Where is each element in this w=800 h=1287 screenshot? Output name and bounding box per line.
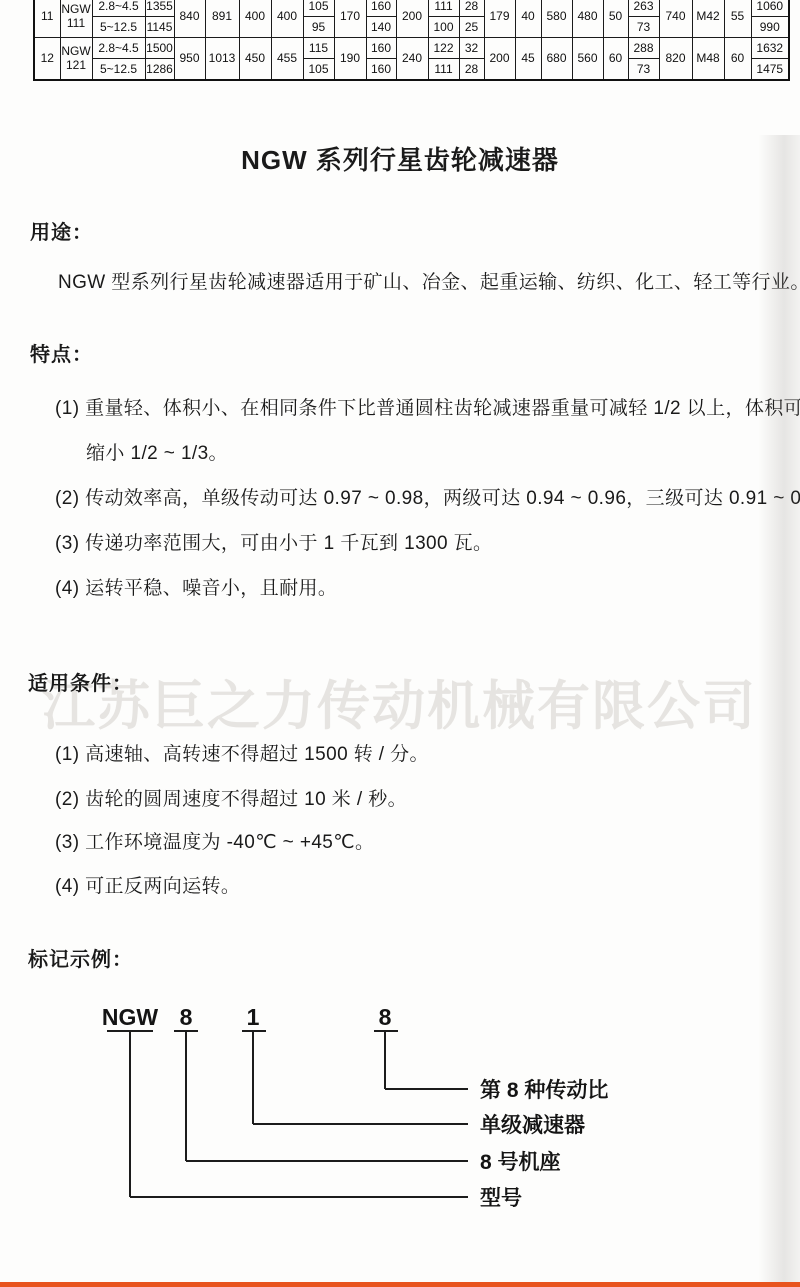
table-cell: 60: [603, 38, 628, 81]
table-cell: 12: [34, 38, 60, 81]
table-cell: 288: [628, 38, 659, 59]
table-cell: 1145: [145, 17, 174, 38]
page-title: NGW 系列行星齿轮减速器: [0, 140, 800, 177]
table-cell: 50: [603, 0, 628, 38]
table-cell: 840: [174, 0, 205, 38]
table-cell: 820: [659, 38, 692, 81]
table-cell: 1060: [751, 0, 789, 17]
feature-item: (4) 运转平稳、噪音小，且耐用。: [55, 573, 337, 600]
feature-item-continuation: 缩小 1/2 ~ 1/3。: [86, 438, 228, 465]
condition-item: (4) 可正反两向运转。: [55, 871, 240, 898]
bottom-accent-bar: [0, 1282, 800, 1287]
usage-text: NGW 型系列行星齿轮减速器适用于矿山、冶金、起重运输、纺织、化工、轻工等行业。: [58, 267, 800, 294]
table-cell: 990: [751, 17, 789, 38]
catalog-page: 11 NGW 111 2.8~4.5 1355 840 891 400 400 …: [0, 0, 800, 1287]
usage-heading: 用途：: [30, 216, 93, 245]
marking-diagram: NGW 8 1 8 第 8 种传动比 单级减速器 8 号机座 型号: [0, 995, 800, 1225]
table-cell: 2.8~4.5: [92, 0, 145, 17]
table-cell: 122: [428, 38, 459, 59]
table-cell: 950: [174, 38, 205, 81]
table-cell: 5~12.5: [92, 59, 145, 81]
label-stage: 单级减速器: [480, 1113, 585, 1137]
table-cell: 450: [239, 38, 271, 81]
features-heading: 特点：: [30, 338, 93, 367]
table-cell: 25: [459, 17, 484, 38]
table-cell: 111: [428, 59, 459, 81]
table-cell: 45: [515, 38, 541, 81]
spec-table-region: 11 NGW 111 2.8~4.5 1355 840 891 400 400 …: [33, 0, 791, 81]
model-line: NGW: [61, 3, 92, 17]
table-cell: 55: [724, 0, 751, 38]
spec-table: 11 NGW 111 2.8~4.5 1355 840 891 400 400 …: [33, 0, 790, 81]
feature-item: (3) 传递功率范围大，可由小于 1 千瓦到 1300 瓦。: [55, 528, 492, 555]
feature-item: (1) 重量轻、体积小、在相同条件下比普通圆柱齿轮减速器重量可减轻 1/2 以上…: [55, 393, 800, 420]
table-cell: 580: [541, 0, 572, 38]
table-cell: 179: [484, 0, 515, 38]
condition-item: (1) 高速轴、高转速不得超过 1500 转 / 分。: [55, 739, 429, 766]
diagram-lines: [107, 1031, 468, 1197]
table-cell: 1632: [751, 38, 789, 59]
company-watermark: 江苏巨之力传动机械有限公司: [42, 664, 757, 740]
table-cell: 73: [628, 59, 659, 81]
table-cell: 560: [572, 38, 603, 81]
table-cell: M42: [692, 0, 724, 38]
table-cell: 5~12.5: [92, 17, 145, 38]
label-ratio: 第 8 种传动比: [480, 1078, 608, 1102]
table-cell: 28: [459, 59, 484, 81]
label-frame: 8 号机座: [480, 1150, 561, 1174]
table-cell: 105: [303, 0, 334, 17]
table-cell: 95: [303, 17, 334, 38]
conditions-heading: 适用条件：: [28, 667, 133, 696]
table-cell: 73: [628, 17, 659, 38]
table-cell: 100: [428, 17, 459, 38]
table-cell: 160: [366, 59, 396, 81]
table-cell: 190: [334, 38, 366, 81]
table-cell: M48: [692, 38, 724, 81]
feature-item: (2) 传动效率高，单级传动可达 0.97 ~ 0.98，两级可达 0.94 ~…: [55, 483, 800, 510]
model-line: 111: [61, 17, 92, 31]
table-cell: 455: [271, 38, 303, 81]
marking-heading: 标记示例：: [28, 943, 133, 972]
table-cell: 1013: [205, 38, 239, 81]
table-cell: 680: [541, 38, 572, 81]
table-cell: 200: [396, 0, 428, 38]
table-cell: 32: [459, 38, 484, 59]
table-cell: 240: [396, 38, 428, 81]
table-cell: 115: [303, 38, 334, 59]
table-row: 11 NGW 111 2.8~4.5 1355 840 891 400 400 …: [34, 0, 789, 17]
table-cell: 400: [239, 0, 271, 38]
table-cell: 1475: [751, 59, 789, 81]
table-cell: 200: [484, 38, 515, 81]
table-cell: 400: [271, 0, 303, 38]
table-cell: NGW 121: [60, 38, 92, 81]
table-cell: 111: [428, 0, 459, 17]
table-cell: 263: [628, 0, 659, 17]
code-ratio: 8: [379, 1004, 392, 1030]
code-frame: 8: [180, 1004, 193, 1030]
condition-item: (2) 齿轮的圆周速度不得超过 10 米 / 秒。: [55, 784, 407, 811]
table-cell: 1286: [145, 59, 174, 81]
table-cell: 740: [659, 0, 692, 38]
table-cell: 170: [334, 0, 366, 38]
table-cell: 28: [459, 0, 484, 17]
code-model: NGW: [102, 1004, 159, 1030]
label-model: 型号: [480, 1186, 522, 1210]
table-cell: 11: [34, 0, 60, 38]
table-cell: 891: [205, 0, 239, 38]
table-cell: 480: [572, 0, 603, 38]
table-cell: 160: [366, 38, 396, 59]
table-cell: 160: [366, 0, 396, 17]
scan-edge-shadow: [758, 135, 800, 1282]
table-cell: 1355: [145, 0, 174, 17]
table-cell: 40: [515, 0, 541, 38]
table-cell: NGW 111: [60, 0, 92, 38]
model-line: 121: [61, 59, 92, 73]
table-cell: 2.8~4.5: [92, 38, 145, 59]
table-cell: 105: [303, 59, 334, 81]
table-cell: 140: [366, 17, 396, 38]
table-cell: 1500: [145, 38, 174, 59]
condition-item: (3) 工作环境温度为 -40℃ ~ +45℃。: [55, 827, 374, 854]
code-stage: 1: [247, 1004, 260, 1030]
model-line: NGW: [61, 45, 92, 59]
table-row: 12 NGW 121 2.8~4.5 1500 950 1013 450 455…: [34, 38, 789, 59]
table-cell: 60: [724, 38, 751, 81]
